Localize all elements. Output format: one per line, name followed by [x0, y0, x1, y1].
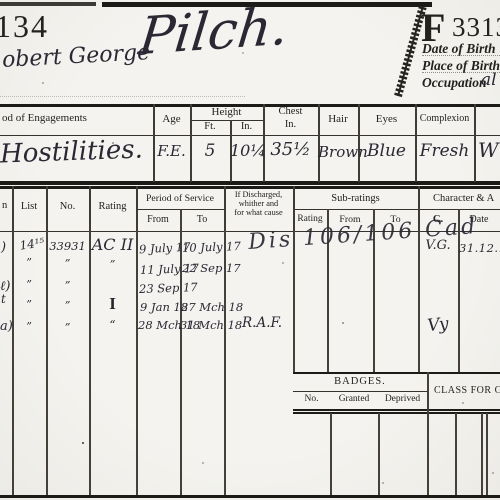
occupation-label: Occupation [422, 75, 487, 91]
height-in-value: 10¼ [230, 141, 263, 160]
grid-line [12, 231, 14, 495]
rating-header: Rating [89, 201, 136, 212]
hair-value: Brown [318, 143, 358, 161]
rating-value: I [89, 294, 136, 314]
discharged-header-line2: whither and [224, 199, 293, 208]
period-from-header: From [136, 214, 180, 225]
grid-line [486, 413, 488, 495]
complexion-value: Fresh [415, 141, 474, 161]
age-header: Age [153, 113, 190, 125]
eyes-header: Eyes [358, 113, 415, 125]
to-value: 22 Sep 17 [182, 261, 241, 275]
to-value: 10 July 17 [182, 239, 241, 255]
no-ditto: ” [46, 279, 89, 292]
grid-line [327, 231, 329, 372]
engagements-header: od of Engagements [2, 112, 87, 124]
grid-line [330, 413, 332, 495]
forenames-script: obert George [1, 40, 150, 73]
grid-line [427, 372, 429, 495]
list-ditto: ” [12, 256, 46, 269]
grid-line [474, 104, 476, 182]
serial-number: 134 [0, 8, 49, 45]
engagements-value: Hostilities. [0, 135, 143, 170]
surname-script: Pilch. [136, 0, 291, 67]
rating-value: AC II [89, 235, 136, 254]
grid-line [481, 413, 483, 495]
chest-value: 35½ [263, 139, 318, 160]
discharged-value: R.A.F. [242, 315, 282, 331]
marks-value: W [478, 138, 499, 162]
ship-fragment: a) [0, 319, 13, 334]
height-ft-value: 5 [190, 141, 230, 161]
rating-ditto: ” [89, 258, 136, 271]
age-value: F.E. [153, 142, 190, 160]
top-rule-segment [0, 2, 96, 6]
record-card-scan: 134 obert George Pilch. F 3313 Date of B… [0, 0, 500, 500]
grid-line [455, 413, 457, 495]
badges-title: BADGES. [293, 376, 427, 387]
table-border [293, 409, 500, 411]
official-number: 3313 [452, 12, 500, 43]
eyes-value: Blue [358, 141, 415, 161]
list-ditto: ” [12, 278, 46, 291]
grid-line [46, 231, 48, 495]
no-ditto: ” [46, 299, 89, 312]
left-header-fragment: n [2, 200, 7, 211]
date-of-birth-leader [422, 41, 500, 56]
grid-line [136, 231, 138, 495]
scan-speckles [82, 442, 84, 444]
discharged-header-line3: for what cause [224, 208, 293, 217]
table-border [293, 391, 427, 392]
to-value: 27 Mch 18 [181, 300, 243, 314]
ship-fragment: t [1, 292, 6, 306]
height-in-header: In. [230, 121, 263, 132]
bottom-rule [0, 495, 500, 498]
occupation-value: al [481, 70, 497, 90]
no-value: 33931 [46, 239, 89, 253]
no-ditto: ” [46, 257, 89, 270]
character-date-value: 31.12.17 [459, 241, 500, 255]
badges-granted-header: Granted [330, 394, 378, 404]
list-ditto: ” [12, 320, 46, 333]
table-border [0, 186, 500, 189]
grid-line [373, 231, 375, 372]
badges-no-header: No. [293, 394, 330, 404]
height-ft-header: Ft. [190, 121, 230, 132]
discharged-header-line1: If Discharged, [224, 190, 293, 199]
period-of-service-header: Period of Service [136, 193, 224, 204]
character-value: V.G. [418, 238, 458, 253]
table-border [293, 209, 500, 210]
chest-in-header: In. [263, 119, 318, 130]
list-header: List [12, 201, 46, 212]
table-border [293, 372, 500, 374]
ship-fragment: ) [1, 240, 6, 255]
no-ditto: ” [46, 321, 89, 334]
badges-deprived-header: Deprived [378, 394, 427, 404]
list-ditto: ” [12, 298, 46, 311]
height-header: Height [190, 106, 263, 118]
to-value: 31 Mch 18 [180, 318, 242, 332]
rating-ditto: “ [89, 318, 136, 332]
complexion-header: Complexion [415, 113, 474, 124]
character-value: Vy [417, 313, 459, 337]
subratings-header: Sub-ratings [293, 193, 418, 204]
remnant-dots [0, 96, 245, 97]
class-for-conduct-header: CLASS FOR CO [434, 385, 500, 396]
chest-header: Chest [263, 106, 318, 117]
grid-line [293, 231, 295, 372]
period-to-header: To [180, 214, 224, 225]
no-header: No. [46, 201, 89, 212]
from-value: 23 Sep 17 [139, 280, 198, 296]
character-header: Character & A [433, 193, 494, 204]
hair-header: Hair [318, 113, 358, 125]
grid-line [378, 413, 380, 495]
subrating-rating-header: Rating [293, 214, 327, 224]
table-border [293, 412, 500, 414]
table-border [0, 181, 500, 185]
